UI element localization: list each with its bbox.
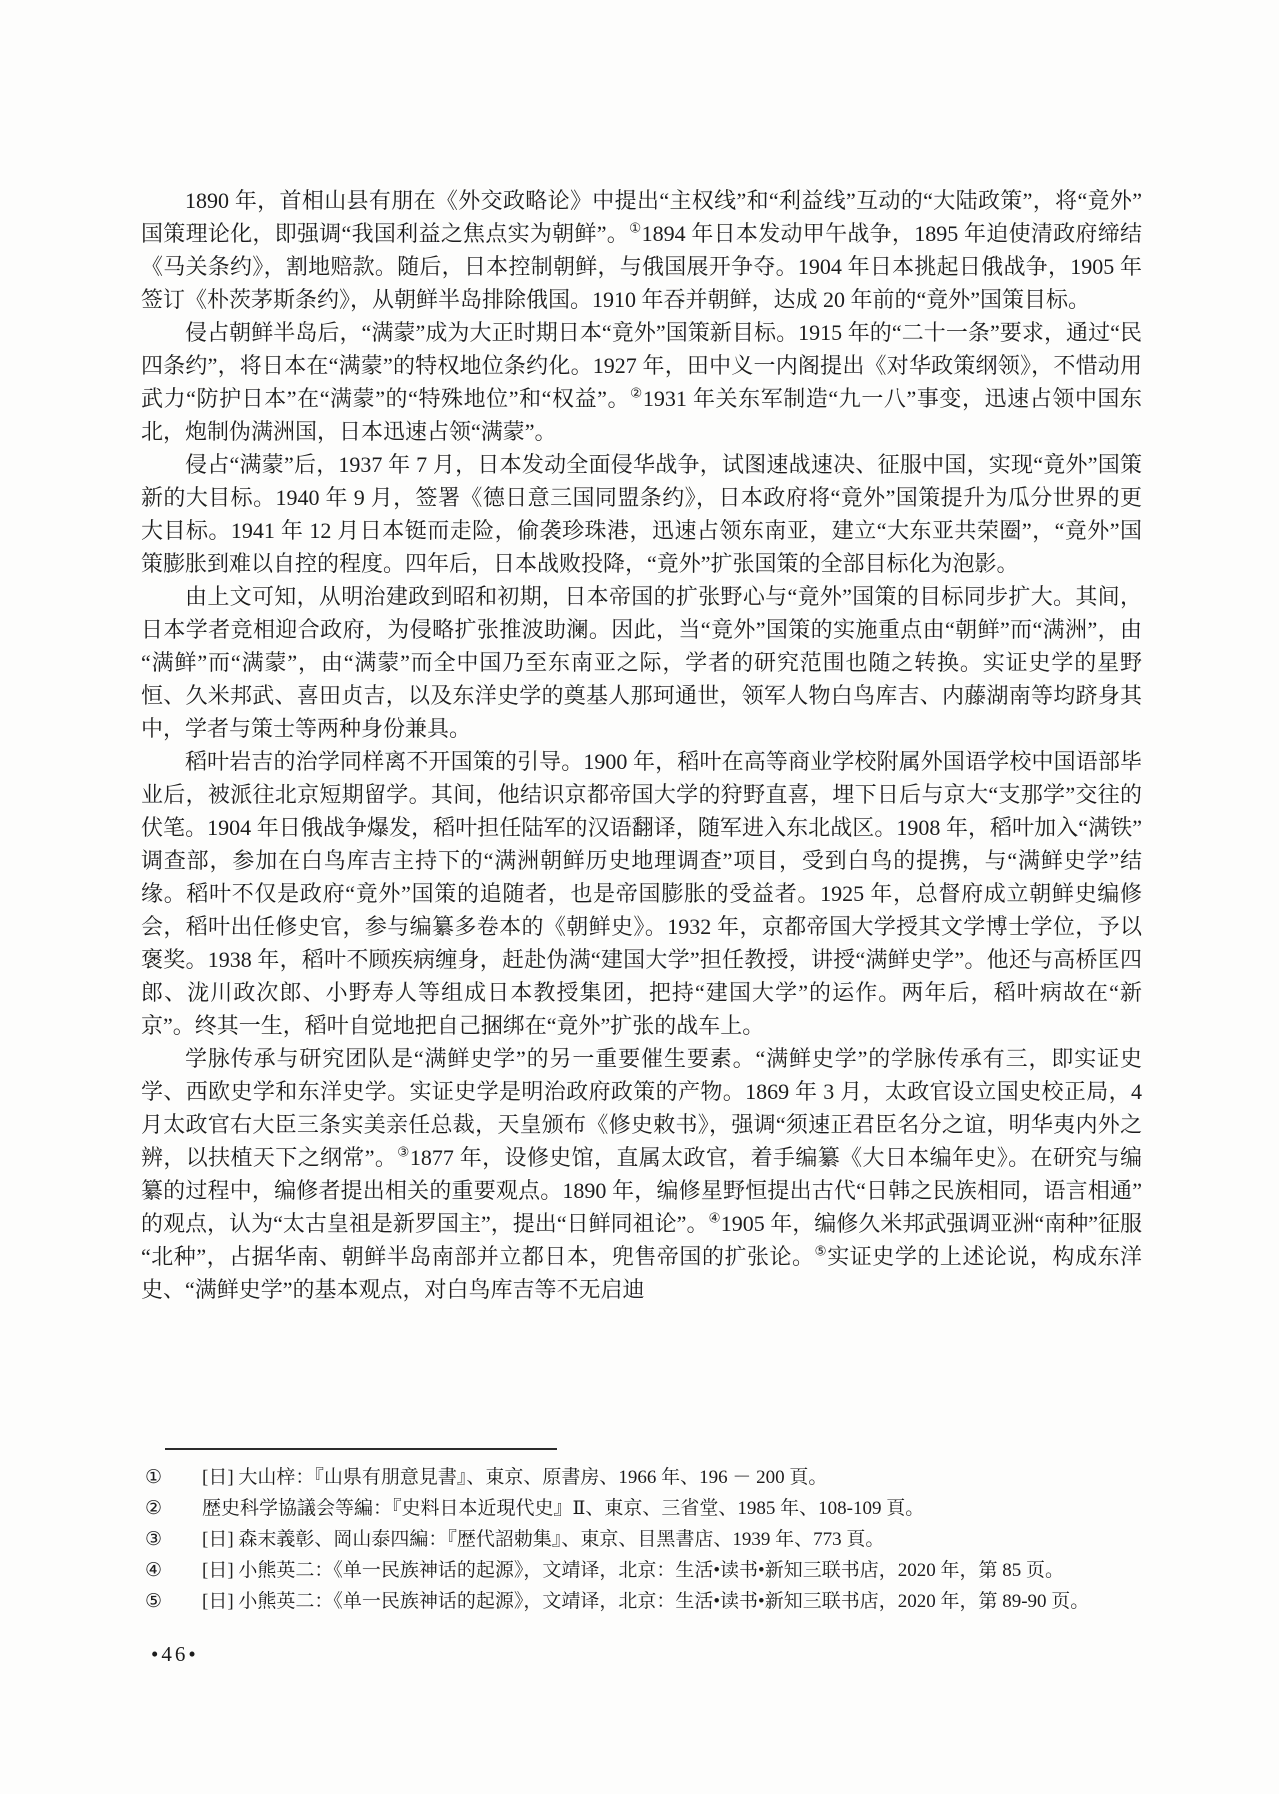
- footnote-text: [日] 森末義彰、岡山泰四編：『歴代詔勅集』、東京、目黑書店、1939 年、77…: [202, 1524, 1153, 1555]
- document-page: 1890 年，首相山县有朋在《外交政略论》中提出“主权线”和“利益线”互动的“大…: [0, 0, 1279, 1794]
- article-body: 1890 年，首相山县有朋在《外交政略论》中提出“主权线”和“利益线”互动的“大…: [141, 184, 1142, 1306]
- footnote-ref: ②: [630, 386, 643, 401]
- footnote-marker: ①: [145, 1462, 202, 1493]
- footnote-ref: ④: [708, 1211, 720, 1226]
- footnote-text: [日] 小熊英二：《单一民族神话的起源》，文靖译，北京：生活•读书•新知三联书店…: [202, 1555, 1153, 1586]
- footnote-ref: ③: [397, 1145, 410, 1160]
- page-number: •46•: [151, 1642, 199, 1667]
- footnote-item: ① [日] 大山梓：『山県有朋意見書』、東京、原書房、1966 年、196 － …: [145, 1462, 1153, 1493]
- footnote-ref: ①: [629, 221, 642, 236]
- footnote-item: ④ [日] 小熊英二：《单一民族神话的起源》，文靖译，北京：生活•读书•新知三联…: [145, 1555, 1153, 1586]
- footnote-ref: ⑤: [815, 1244, 828, 1259]
- footnote-marker: ⑤: [145, 1586, 202, 1617]
- footnote-item: ⑤ [日] 小熊英二：《单一民族神话的起源》，文靖译，北京：生活•读书•新知三联…: [145, 1586, 1153, 1617]
- footnote-marker: ②: [145, 1493, 202, 1524]
- footnote-divider: [165, 1448, 557, 1450]
- body-paragraph-6: 学脉传承与研究团队是“满鲜史学”的另一重要催生要素。“满鲜史学”的学脉传承有三，…: [141, 1042, 1142, 1306]
- footnote-text: 歴史科学協議会等編：『史料日本近現代史』Ⅱ、東京、三省堂、1985 年、108-…: [202, 1493, 1153, 1524]
- footnote-item: ③ [日] 森末義彰、岡山泰四編：『歴代詔勅集』、東京、目黑書店、1939 年、…: [145, 1524, 1153, 1555]
- body-paragraph-5: 稻叶岩吉的治学同样离不开国策的引导。1900 年，稻叶在高等商业学校附属外国语学…: [141, 745, 1142, 1042]
- footnote-text: [日] 小熊英二：《单一民族神话的起源》，文靖译，北京：生活•读书•新知三联书店…: [202, 1586, 1153, 1617]
- footnote-text: [日] 大山梓：『山県有朋意見書』、東京、原書房、1966 年、196 － 20…: [202, 1462, 1153, 1493]
- footnote-item: ② 歴史科学協議会等編：『史料日本近現代史』Ⅱ、東京、三省堂、1985 年、10…: [145, 1493, 1153, 1524]
- footnote-marker: ③: [145, 1524, 202, 1555]
- body-paragraph-3: 侵占“满蒙”后，1937 年 7 月，日本发动全面侵华战争，试图速战速决、征服中…: [141, 448, 1142, 580]
- body-paragraph-1: 1890 年，首相山县有朋在《外交政略论》中提出“主权线”和“利益线”互动的“大…: [141, 184, 1142, 316]
- footnotes: ① [日] 大山梓：『山県有朋意見書』、東京、原書房、1966 年、196 － …: [145, 1462, 1153, 1617]
- body-paragraph-4: 由上文可知，从明治建政到昭和初期，日本帝国的扩张野心与“竟外”国策的目标同步扩大…: [141, 580, 1142, 745]
- body-paragraph-2: 侵占朝鲜半岛后，“满蒙”成为大正时期日本“竟外”国策新目标。1915 年的“二十…: [141, 316, 1142, 448]
- footnote-marker: ④: [145, 1555, 202, 1586]
